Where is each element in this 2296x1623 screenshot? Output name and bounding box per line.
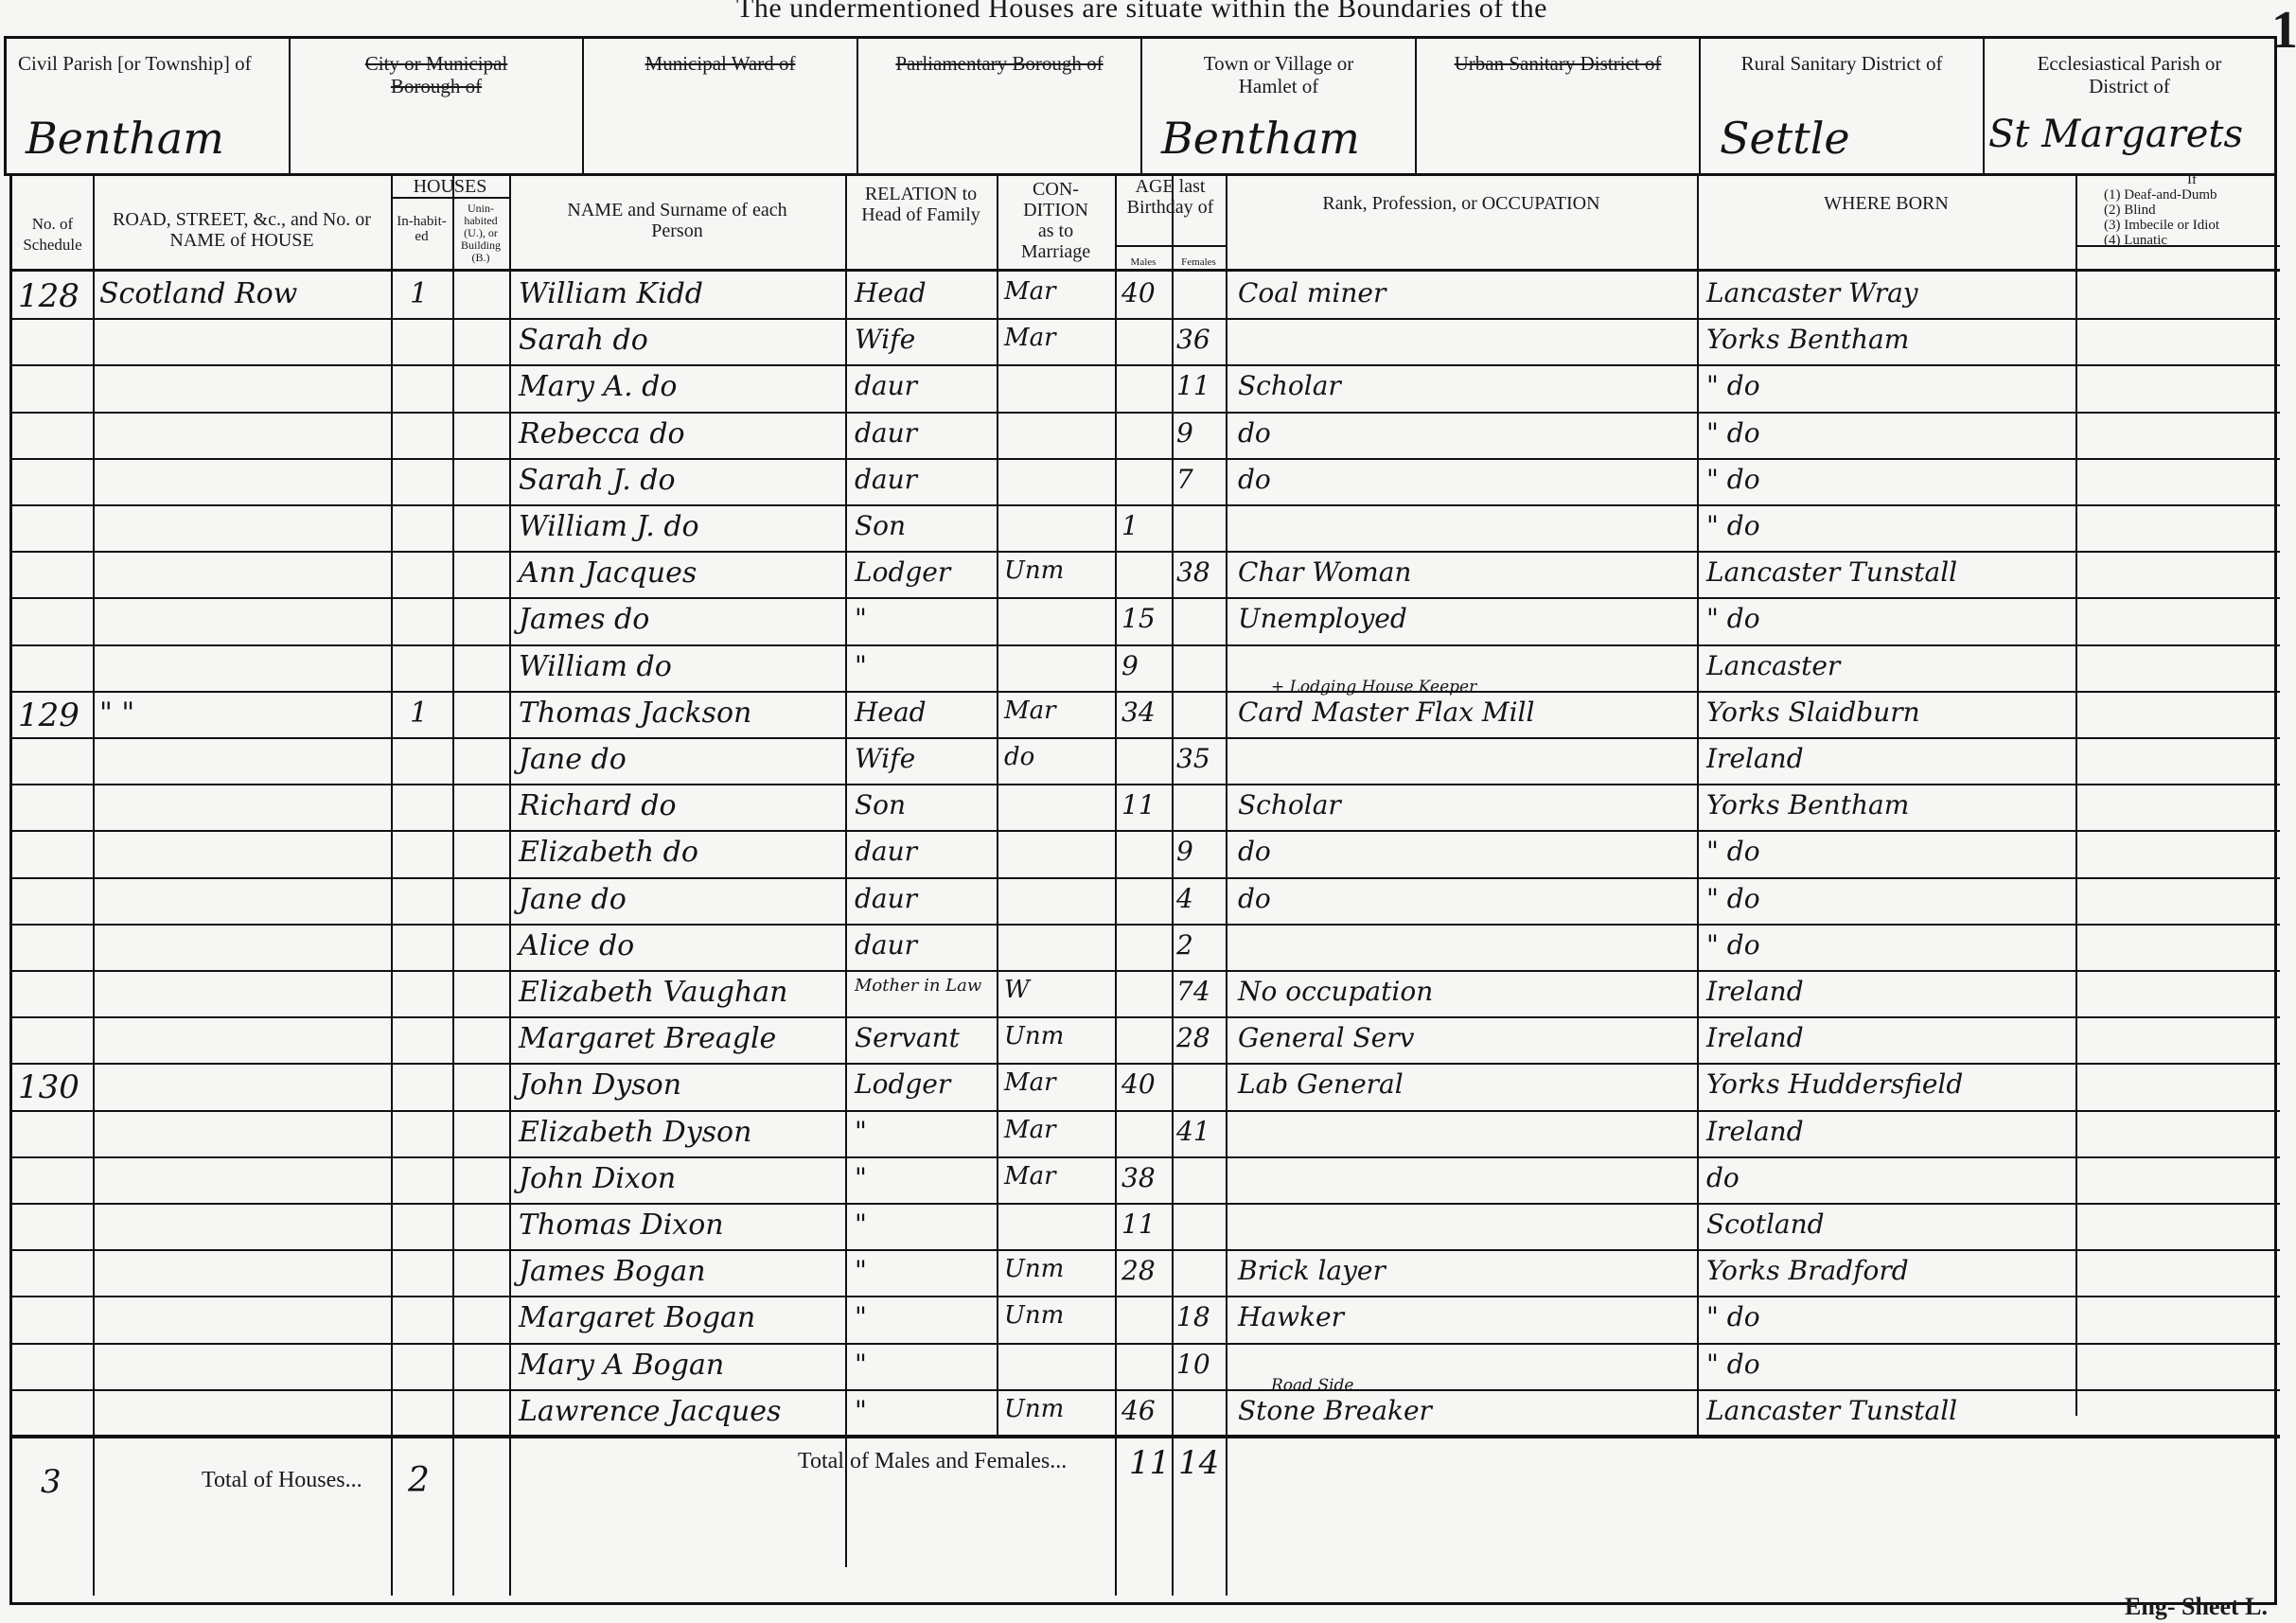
row-divider xyxy=(12,1249,2280,1251)
cell-where-born: Lancaster xyxy=(1706,650,1840,681)
cell-occupation: No occupation xyxy=(1238,976,1433,1007)
header-houses: HOUSES xyxy=(391,176,509,197)
row-divider xyxy=(12,412,2280,414)
cell-where-born: do xyxy=(1706,1162,1740,1193)
cell-where-born: " do xyxy=(1706,603,1760,634)
header-schedule: No. of Schedule xyxy=(12,214,93,256)
cell-relation: Son xyxy=(855,789,906,820)
cell-male-age: 1 xyxy=(1122,510,1139,541)
header-condition: CON-DITION as to Marriage xyxy=(997,179,1115,262)
district-label: City or Municipal Borough of xyxy=(291,52,582,97)
header-relation: RELATION to Head of Family xyxy=(845,184,997,225)
cell-name: Sarah J. do xyxy=(519,464,676,497)
cell-name: John Dixon xyxy=(519,1162,676,1195)
row-divider xyxy=(12,1063,2280,1065)
cell-occupation: Unemployed xyxy=(1238,603,1407,634)
cell-relation: Head xyxy=(855,277,927,309)
cell-condition: Mar xyxy=(1004,277,1056,306)
header-infirmity: If (1) Deaf-and-Dumb (2) Blind (3) Imbec… xyxy=(2075,172,2280,248)
sheet-label: Eng- Sheet L. xyxy=(2125,1593,2268,1621)
district-urban-sanitary: Urban Sanitary District of xyxy=(1417,39,1701,173)
cell-where-born: " do xyxy=(1706,370,1760,401)
cell-occupation: Hawker xyxy=(1238,1301,1344,1332)
cell-condition: Unm xyxy=(1004,556,1064,585)
cell-relation: " xyxy=(855,1395,867,1426)
cell-male-age: 11 xyxy=(1122,789,1156,820)
cell-relation: " xyxy=(855,650,867,681)
row-divider xyxy=(12,784,2280,785)
cell-relation: daur xyxy=(855,883,917,914)
cell-relation: " xyxy=(855,1162,867,1193)
row-divider xyxy=(12,877,2280,879)
cell-occupation: do xyxy=(1238,464,1271,495)
cell-male-age: 38 xyxy=(1122,1162,1156,1193)
district-value: Settle xyxy=(1720,113,1850,164)
total-houses-value: 2 xyxy=(408,1461,430,1500)
cell-occupation-note: + Lodging House Keeper xyxy=(1271,678,1476,697)
infirmity-lunatic: (4) Lunatic xyxy=(2104,233,2280,248)
cell-where-born: Lancaster Tunstall xyxy=(1706,556,1957,588)
cell-where-born: Yorks Huddersfield xyxy=(1706,1068,1963,1100)
cell-where-born: Yorks Slaidburn xyxy=(1706,697,1920,728)
header-occupation: Rank, Profession, or OCCUPATION xyxy=(1226,193,1697,214)
row-divider xyxy=(12,924,2280,926)
cell-where-born: Scotland xyxy=(1706,1208,1825,1240)
cell-where-born: " do xyxy=(1706,883,1760,914)
infirmity-deaf-dumb: (1) Deaf-and-Dumb xyxy=(2104,187,2280,203)
header-males: Males xyxy=(1115,252,1172,273)
cell-female-age: 7 xyxy=(1176,464,1193,495)
cell-male-age: 28 xyxy=(1122,1255,1156,1286)
cell-name: Margaret Bogan xyxy=(519,1301,755,1334)
header-name: NAME and Surname of each Person xyxy=(509,200,845,241)
row-divider xyxy=(12,504,2280,506)
cell-relation: daur xyxy=(855,464,917,495)
row-divider xyxy=(12,1389,2280,1391)
district-label: Rural Sanitary District of xyxy=(1701,52,1983,75)
row-divider xyxy=(12,1016,2280,1018)
row-divider xyxy=(12,970,2280,972)
cell-condition: Mar xyxy=(1004,1068,1056,1097)
cell-occupation: do xyxy=(1238,883,1271,914)
cell-where-born: Lancaster Wray xyxy=(1706,277,1918,309)
cell-where-born: " do xyxy=(1706,836,1760,867)
cell-name: Rebecca do xyxy=(519,417,685,450)
cell-schedule: 129 xyxy=(18,697,79,734)
cell-name: Elizabeth Dyson xyxy=(519,1116,751,1149)
cell-inhabited: 1 xyxy=(410,277,428,310)
cell-name: Jane do xyxy=(519,743,627,776)
cell-male-age: 9 xyxy=(1122,650,1139,681)
cell-occupation: Coal miner xyxy=(1238,277,1386,309)
cell-condition: Mar xyxy=(1004,324,1056,352)
cell-relation: Wife xyxy=(855,324,915,355)
cell-name: Margaret Breagle xyxy=(519,1022,776,1055)
cell-schedule: 128 xyxy=(18,277,79,315)
cell-name: Alice do xyxy=(519,929,634,962)
cell-relation: Head xyxy=(855,697,927,728)
cell-where-born: Ireland xyxy=(1706,1116,1804,1147)
row-divider xyxy=(12,1343,2280,1345)
row-divider xyxy=(12,1156,2280,1158)
cell-name: Thomas Jackson xyxy=(519,697,751,730)
cell-female-age: 74 xyxy=(1176,976,1210,1007)
cell-relation: Mother in Law xyxy=(855,976,981,996)
cell-condition: Unm xyxy=(1004,1255,1064,1283)
cell-where-born: " do xyxy=(1706,417,1760,449)
cell-where-born: Ireland xyxy=(1706,1022,1804,1053)
total-males: 11 xyxy=(1129,1444,1170,1482)
cell-name: Richard do xyxy=(519,789,677,822)
cell-male-age: 15 xyxy=(1122,603,1156,634)
district-label: Civil Parish [or Township] of xyxy=(7,52,289,75)
row-divider xyxy=(12,644,2280,646)
total-females: 14 xyxy=(1178,1444,1219,1482)
cell-female-age: 4 xyxy=(1176,883,1193,914)
district-value: Bentham xyxy=(26,113,224,164)
total-persons-label: Total of Males and Females... xyxy=(798,1449,1067,1474)
cell-occupation: Brick layer xyxy=(1238,1255,1386,1286)
cell-female-age: 11 xyxy=(1176,370,1210,401)
cell-name: Elizabeth do xyxy=(519,836,698,869)
cell-occupation: do xyxy=(1238,417,1271,449)
header-females: Females xyxy=(1172,252,1226,273)
cell-occupation: do xyxy=(1238,836,1271,867)
cell-condition: Unm xyxy=(1004,1395,1064,1423)
cell-relation: Lodger xyxy=(855,1068,950,1100)
district-label: Town or Village or Hamlet of xyxy=(1142,52,1415,97)
row-divider xyxy=(12,318,2280,320)
cell-relation: " xyxy=(855,1208,867,1240)
cell-male-age: 40 xyxy=(1122,277,1156,309)
cell-occupation: Scholar xyxy=(1238,370,1341,401)
district-civil-parish: Civil Parish [or Township] of Bentham xyxy=(7,39,291,173)
district-label: Ecclesiastical Parish or District of xyxy=(1985,52,2274,97)
row-divider xyxy=(12,458,2280,460)
cell-male-age: 11 xyxy=(1122,1208,1156,1240)
cell-female-age: 18 xyxy=(1176,1301,1210,1332)
cell-name: Mary A. do xyxy=(519,370,677,403)
cell-name: Ann Jacques xyxy=(519,556,697,590)
row-divider xyxy=(12,364,2280,366)
cell-name: James Bogan xyxy=(519,1255,706,1288)
cell-occupation: General Serv xyxy=(1238,1022,1414,1053)
cell-where-born: Yorks Bentham xyxy=(1706,789,1909,820)
header-road: ROAD, STREET, &c., and No. or NAME of HO… xyxy=(93,209,391,251)
cell-inhabited: 1 xyxy=(410,697,428,730)
cell-relation: " xyxy=(855,1301,867,1332)
header-inhabited: In-habit-ed xyxy=(391,214,452,244)
row-divider xyxy=(12,1203,2280,1205)
district-rural-sanitary: Rural Sanitary District of Settle xyxy=(1701,39,1985,173)
cell-female-age: 35 xyxy=(1176,743,1210,774)
cell-condition: do xyxy=(1004,743,1034,771)
header-uninhabited: Unin-habited (U.), or Building (B.) xyxy=(452,203,509,264)
total-schedules: 3 xyxy=(41,1463,62,1501)
cell-name: William do xyxy=(519,650,672,683)
row-divider xyxy=(12,1110,2280,1112)
cell-condition: Mar xyxy=(1004,697,1056,725)
cell-occupation: Scholar xyxy=(1238,789,1341,820)
cell-female-age: 41 xyxy=(1176,1116,1210,1147)
cell-condition: Unm xyxy=(1004,1022,1064,1050)
cell-condition: Mar xyxy=(1004,1116,1056,1144)
district-municipal-borough: City or Municipal Borough of xyxy=(291,39,584,173)
row-divider xyxy=(12,597,2280,599)
cell-relation: daur xyxy=(855,836,917,867)
cell-relation: " xyxy=(855,1116,867,1147)
district-town-village: Town or Village or Hamlet of Bentham xyxy=(1142,39,1417,173)
cell-female-age: 9 xyxy=(1176,417,1193,449)
district-ecclesiastical: Ecclesiastical Parish or District of St … xyxy=(1985,39,2274,173)
cell-male-age: 46 xyxy=(1122,1395,1156,1426)
cell-relation: daur xyxy=(855,370,917,401)
row-divider xyxy=(12,830,2280,832)
cell-condition: W xyxy=(1004,976,1030,1004)
cell-occupation: Card Master Flax Mill xyxy=(1238,697,1534,728)
cell-relation: " xyxy=(855,1349,867,1380)
cell-relation: daur xyxy=(855,929,917,961)
cell-female-age: 36 xyxy=(1176,324,1210,355)
cell-name: William J. do xyxy=(519,510,699,543)
row-divider xyxy=(12,1296,2280,1297)
cell-road: " " xyxy=(99,697,134,730)
cell-female-age: 38 xyxy=(1176,556,1210,588)
cell-name: Mary A Bogan xyxy=(519,1349,724,1382)
cell-female-age: 28 xyxy=(1176,1022,1210,1053)
district-municipal-ward: Municipal Ward of xyxy=(584,39,858,173)
district-value: Bentham xyxy=(1161,113,1360,164)
infirmity-if: If xyxy=(2104,172,2280,187)
cell-name: Lawrence Jacques xyxy=(519,1395,781,1428)
cell-where-born: " do xyxy=(1706,1349,1760,1380)
cell-road: Scotland Row xyxy=(99,277,297,310)
cell-occupation: Stone Breaker xyxy=(1238,1395,1432,1426)
cell-relation: Son xyxy=(855,510,906,541)
cell-relation: Lodger xyxy=(855,556,950,588)
cell-where-born: Ireland xyxy=(1706,743,1804,774)
district-label: Parliamentary Borough of xyxy=(858,52,1140,75)
cell-where-born: " do xyxy=(1706,929,1760,961)
cell-occupation: Char Woman xyxy=(1238,556,1411,588)
cell-female-age: 2 xyxy=(1176,929,1193,961)
census-table: No. of Schedule ROAD, STREET, &c., and N… xyxy=(9,176,2277,1605)
cell-where-born: Yorks Bentham xyxy=(1706,324,1909,355)
row-divider xyxy=(12,737,2280,739)
cell-relation: " xyxy=(855,1255,867,1286)
district-label: Municipal Ward of xyxy=(584,52,857,75)
page-caption: The undermentioned Houses are situate wi… xyxy=(736,0,1547,25)
cell-name: Jane do xyxy=(519,883,627,916)
cell-where-born: Lancaster Tunstall xyxy=(1706,1395,1957,1426)
cell-male-age: 34 xyxy=(1122,697,1156,728)
cell-relation: " xyxy=(855,603,867,634)
row-divider xyxy=(12,551,2280,553)
cell-male-age: 40 xyxy=(1122,1068,1156,1100)
header-age: AGE last Birthday of xyxy=(1115,176,1226,218)
cell-name: Thomas Dixon xyxy=(519,1208,724,1242)
district-header: Civil Parish [or Township] of Bentham Ci… xyxy=(4,36,2277,176)
district-value: St Margarets xyxy=(1988,113,2243,156)
cell-occupation: Lab General xyxy=(1238,1068,1404,1100)
cell-where-born: Ireland xyxy=(1706,976,1804,1007)
cell-where-born: " do xyxy=(1706,1301,1760,1332)
row-divider xyxy=(12,691,2280,693)
district-parliamentary-borough: Parliamentary Borough of xyxy=(858,39,1142,173)
cell-name: John Dyson xyxy=(519,1068,681,1102)
cell-female-age: 9 xyxy=(1176,836,1193,867)
cell-relation: daur xyxy=(855,417,917,449)
cell-name: William Kidd xyxy=(519,277,703,310)
header-where-born: WHERE BORN xyxy=(1697,193,2075,214)
cell-name: Elizabeth Vaughan xyxy=(519,976,788,1009)
cell-where-born: Yorks Bradford xyxy=(1706,1255,1909,1286)
cell-schedule: 130 xyxy=(18,1068,79,1106)
cell-occupation-note: Road Side xyxy=(1271,1376,1353,1395)
cell-relation: Wife xyxy=(855,743,915,774)
district-label: Urban Sanitary District of xyxy=(1417,52,1699,75)
total-houses-label: Total of Houses... xyxy=(202,1468,362,1493)
cell-relation: Servant xyxy=(855,1022,960,1053)
cell-where-born: " do xyxy=(1706,510,1760,541)
cell-where-born: " do xyxy=(1706,464,1760,495)
cell-female-age: 10 xyxy=(1176,1349,1210,1380)
infirmity-blind: (2) Blind xyxy=(2104,203,2280,218)
cell-condition: Unm xyxy=(1004,1301,1064,1330)
cell-name: Sarah do xyxy=(519,324,648,357)
cell-condition: Mar xyxy=(1004,1162,1056,1191)
cell-name: James do xyxy=(519,603,649,636)
infirmity-imbecile: (3) Imbecile or Idiot xyxy=(2104,218,2280,233)
